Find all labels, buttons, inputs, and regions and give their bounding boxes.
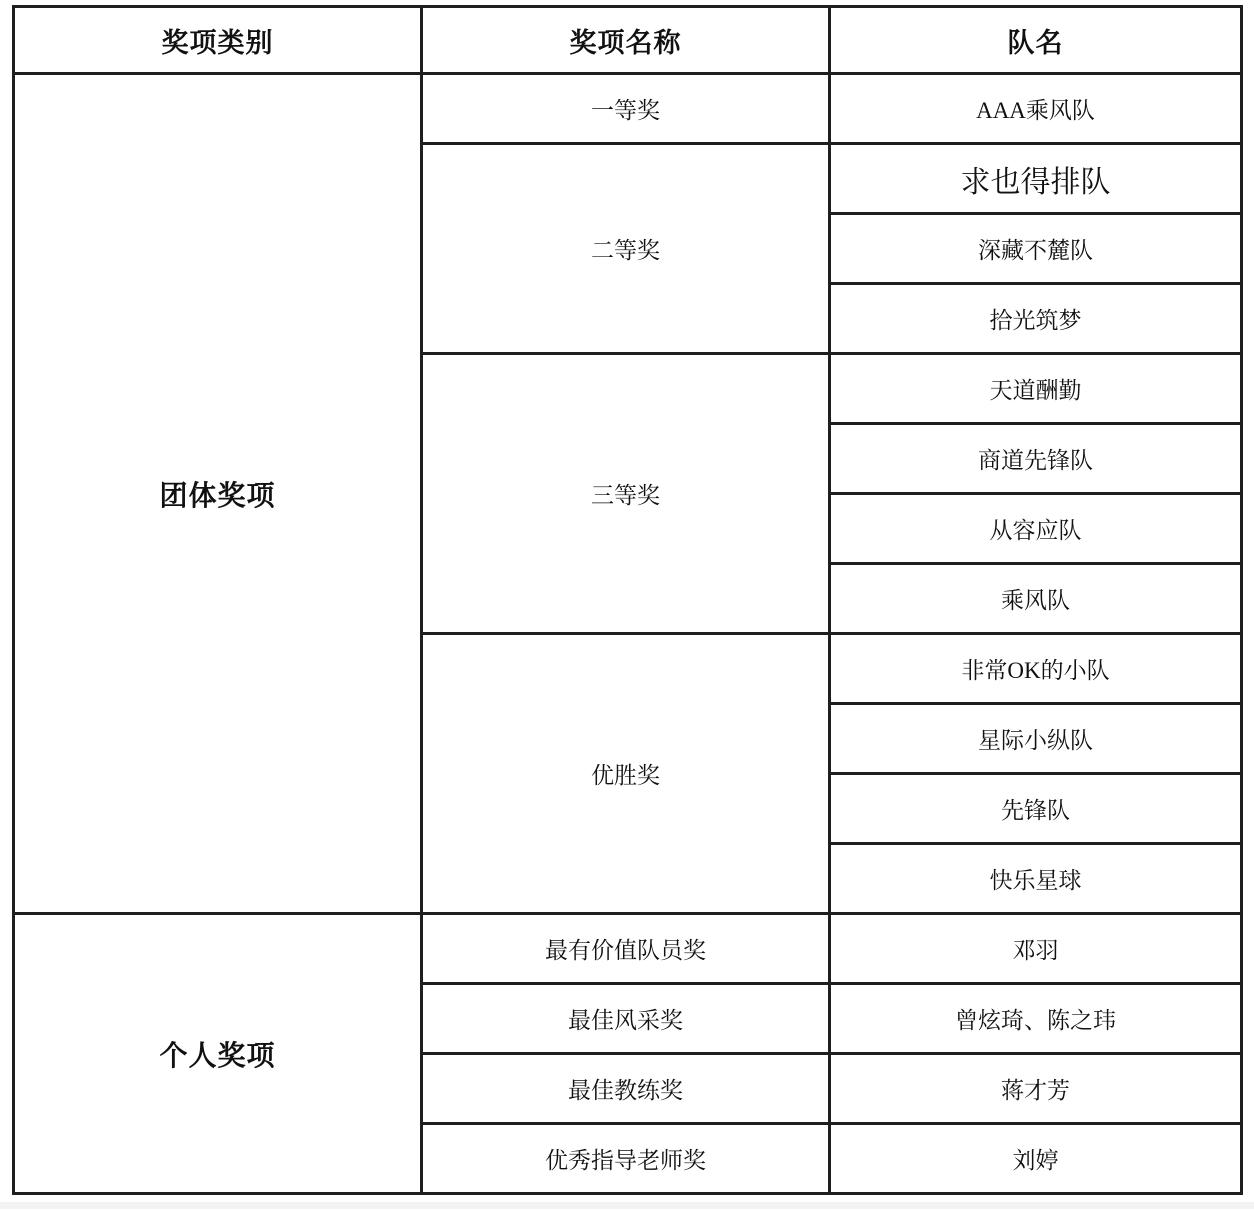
team-cell: AAA乘风队 [830,74,1242,144]
award-cell-third-prize: 三等奖 [422,354,830,634]
team-cell: 拾光筑梦 [830,284,1242,354]
winner-cell: 曾炫琦、陈之玮 [830,984,1242,1054]
header-category: 奖项类别 [14,7,422,74]
document-page: 奖项类别 奖项名称 队名 团体奖项 一等奖 AAA乘风队 二等奖 求也得排队 深… [0,0,1254,1210]
winner-cell: 蒋才芳 [830,1054,1242,1124]
award-results-table: 奖项类别 奖项名称 队名 团体奖项 一等奖 AAA乘风队 二等奖 求也得排队 深… [12,5,1243,1195]
header-row: 奖项类别 奖项名称 队名 [14,7,1242,74]
header-award-name: 奖项名称 [422,7,830,74]
team-cell: 先锋队 [830,774,1242,844]
award-cell-second-prize: 二等奖 [422,144,830,354]
scan-edge-artifact [0,1202,1254,1209]
team-cell: 商道先锋队 [830,424,1242,494]
category-cell-team-awards: 团体奖项 [14,74,422,914]
award-cell-excellent-advisor: 优秀指导老师奖 [422,1124,830,1194]
award-cell-first-prize: 一等奖 [422,74,830,144]
team-cell: 非常OK的小队 [830,634,1242,704]
team-cell: 从容应队 [830,494,1242,564]
team-cell: 求也得排队 [830,144,1242,214]
table-row: 个人奖项 最有价值队员奖 邓羽 [14,914,1242,984]
winner-cell: 邓羽 [830,914,1242,984]
team-cell: 快乐星球 [830,844,1242,914]
team-cell: 乘风队 [830,564,1242,634]
award-cell-best-style: 最佳风采奖 [422,984,830,1054]
award-cell-best-coach: 最佳教练奖 [422,1054,830,1124]
header-team-name: 队名 [830,7,1242,74]
category-cell-individual-awards: 个人奖项 [14,914,422,1194]
award-cell-winning-prize: 优胜奖 [422,634,830,914]
award-cell-mvp: 最有价值队员奖 [422,914,830,984]
winner-cell: 刘婷 [830,1124,1242,1194]
team-cell: 天道酬勤 [830,354,1242,424]
team-cell: 深藏不麓队 [830,214,1242,284]
team-cell: 星际小纵队 [830,704,1242,774]
table-row: 团体奖项 一等奖 AAA乘风队 [14,74,1242,144]
